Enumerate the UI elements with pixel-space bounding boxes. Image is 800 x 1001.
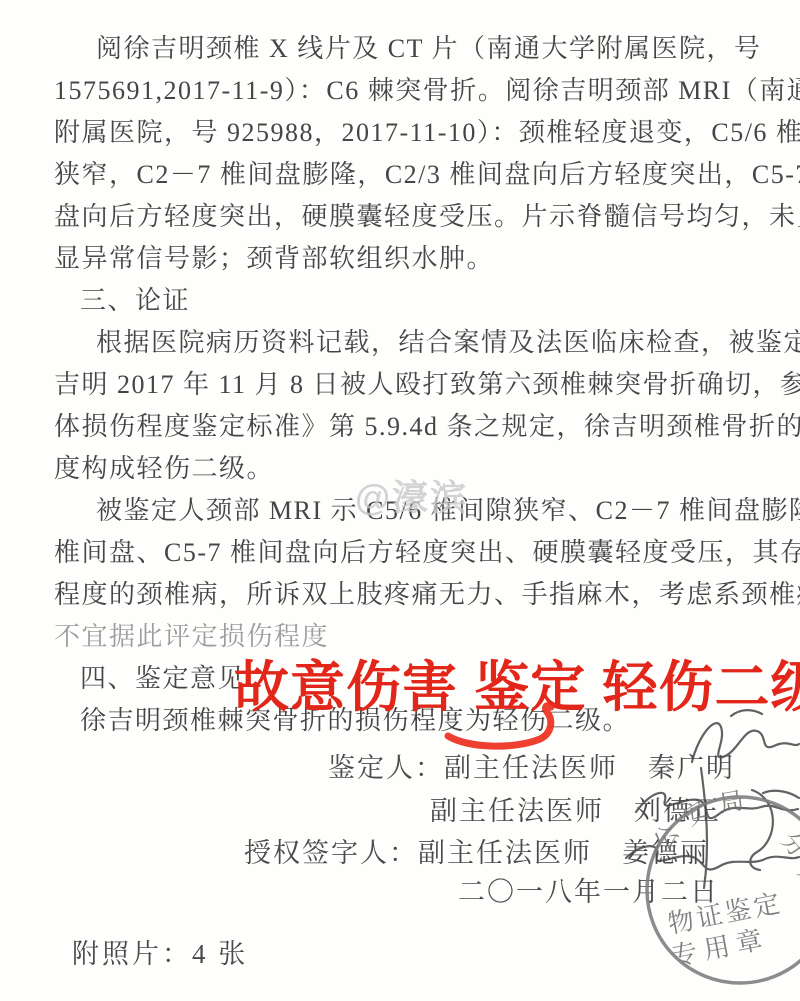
signer-row-appraiser-2: 副主任法医师刘德正 <box>430 789 721 828</box>
doc-line: 1575691,2017-11-9）：C6 棘突骨折。阅徐吉明颈部 MRI（南通… <box>54 70 772 112</box>
signer-name: 姜德丽 <box>622 838 709 868</box>
signer-name: 秦广明 <box>648 753 735 783</box>
signer-row-authorized: 授权签字人：副主任法医师姜德丽 <box>244 831 709 870</box>
doc-line: 根据医院病历资料记载，结合案情及法医临床检查，被鉴定人徐 <box>54 322 772 364</box>
doc-line: 程度的颈椎病，所诉双上肢疼痛无力、手指麻木，考虑系颈椎病所致， <box>54 574 772 616</box>
doc-line: 狭窄，C2－7 椎间盘膨隆，C2/3 椎间盘向后方轻度突出，C5-7 椎间 <box>54 154 772 196</box>
signer-name: 刘德正 <box>634 796 721 826</box>
stamp-arc-char: 局 <box>718 788 746 818</box>
stamp-line-2: 专用章 <box>669 924 772 971</box>
doc-line: 附属医院，号 925988，2017-11-10）：颈椎轻度退变，C5/6 椎间… <box>54 112 772 154</box>
doc-line: 阅徐吉明颈椎 X 线片及 CT 片（南通大学附属医院，号 <box>54 28 772 70</box>
stamp-arc-char: 局 <box>792 867 800 897</box>
signer-label: 授权签字人： <box>244 838 418 868</box>
attachment-note: 附照片：4 张 <box>72 932 248 971</box>
doc-line: 吉明 2017 年 11 月 8 日被人殴打致第六颈椎棘突骨折确切，参照《人 <box>54 364 772 406</box>
signer-title: 副主任法医师 <box>444 753 618 783</box>
section-heading-3: 三、论证 <box>54 280 772 322</box>
signer-title: 副主任法医师 <box>418 838 592 868</box>
doc-line: 显异常信号影；颈背部软组织水肿。 <box>54 238 772 280</box>
signer-row-appraiser-1: 鉴定人：副主任法医师秦广明 <box>328 746 735 785</box>
document-body: 阅徐吉明颈椎 X 线片及 CT 片（南通大学附属医院，号 1575691,201… <box>54 28 772 742</box>
doc-line: 被鉴定人颈部 MRI 示 C5/6 椎间隙狭窄、C2－7 椎间盘膨隆、C2/3 <box>54 490 772 532</box>
red-annotation: 故意伤害 鉴定 轻伤二级 <box>234 643 800 722</box>
signer-title: 副主任法医师 <box>430 796 604 826</box>
doc-line: 椎间盘、C5-7 椎间盘向后方轻度突出、硬膜囊轻度受压，其存在一定 <box>54 532 772 574</box>
doc-line: 盘向后方轻度突出，硬膜囊轻度受压。片示脊髓信号均匀，未见明 <box>54 196 772 238</box>
document-date: 二〇一八年一月二日 <box>458 870 719 909</box>
signer-label: 鉴定人： <box>328 753 444 783</box>
stamp-arc-char: 分 <box>776 827 800 863</box>
document-page: @濠滨 阅徐吉明颈椎 X 线片及 CT 片（南通大学附属医院，号 1575691… <box>0 0 800 1001</box>
doc-line: 体损伤程度鉴定标准》第 5.9.4d 条之规定，徐吉明颈椎骨折的损伤程 <box>54 406 772 448</box>
doc-line: 度构成轻伤二级。 <box>54 448 772 490</box>
